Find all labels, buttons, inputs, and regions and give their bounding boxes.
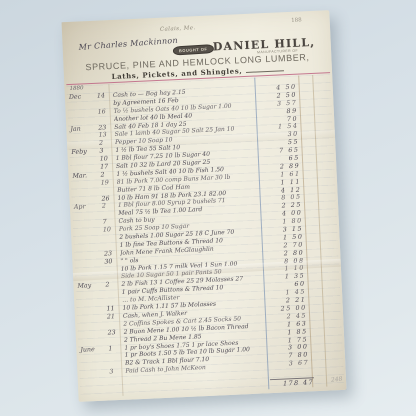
entry-month <box>69 101 97 102</box>
entry-month <box>79 321 107 322</box>
entry-month <box>79 313 107 314</box>
ledger-area: 1880 Dec 14 Cash to — Bog hay 2.15 4 50 … <box>66 74 344 398</box>
entry-month: Feby <box>71 148 99 156</box>
pencil-annotation: 248 <box>330 376 342 384</box>
entry-month: Dec <box>69 93 97 101</box>
dateline: Calais, Me. <box>160 25 196 33</box>
entry-month <box>74 211 102 212</box>
entry-month <box>76 250 104 251</box>
entry-day <box>103 234 117 235</box>
entry-day <box>104 242 118 243</box>
entry-day: 30 <box>104 258 118 266</box>
entry-month <box>72 156 100 157</box>
ledger-rows: Dec 14 Cash to — Bog hay 2.15 4 50 by Ag… <box>67 82 344 378</box>
entry-day: 2 <box>100 171 114 179</box>
entry-month <box>73 195 101 196</box>
entry-month <box>73 187 101 188</box>
entry-month <box>69 109 97 110</box>
entry-day <box>106 289 120 290</box>
entry-month <box>71 132 99 133</box>
ledger-year: 1880 <box>69 85 83 92</box>
entry-month <box>78 298 106 299</box>
entry-day: 16 <box>97 108 111 116</box>
entry-day: 1 <box>108 344 122 352</box>
entry-month <box>70 116 98 117</box>
entry-month <box>75 235 103 236</box>
entry-day: 23 <box>98 124 112 132</box>
entry-month: June <box>80 345 108 353</box>
bought-of-stamp: BOUGHT OF <box>173 44 214 56</box>
entry-amount: 3 67 <box>271 360 309 369</box>
entry-month: Jan <box>70 124 98 132</box>
entry-month <box>81 353 109 354</box>
entry-month: May <box>77 282 105 290</box>
entry-month <box>75 227 103 228</box>
entry-month <box>77 266 105 267</box>
entry-month <box>78 306 106 307</box>
entry-month <box>75 219 103 220</box>
customer-name: Mr Charles Mackinnon <box>78 36 178 52</box>
entry-day: 3 <box>99 147 113 155</box>
entry-day <box>105 266 119 267</box>
photo-backdrop: Calais, Me. 188 Mr Charles Mackinnon BOU… <box>0 0 416 416</box>
entry-day <box>101 187 115 188</box>
entry-day <box>102 210 116 211</box>
invoice-paper: Calais, Me. 188 Mr Charles Mackinnon BOU… <box>62 10 347 402</box>
entry-month <box>81 369 109 370</box>
entry-day <box>109 360 123 361</box>
entry-month: Mar. <box>72 172 100 180</box>
entry-day: 26 <box>101 195 115 203</box>
entry-day <box>105 273 119 274</box>
entry-day: 10 <box>103 226 117 234</box>
entry-month: Apr <box>74 203 102 211</box>
total-row: 178 47 <box>270 377 314 388</box>
entry-day: 23 <box>104 250 118 258</box>
entry-day: 14 <box>97 92 111 100</box>
total-amount: 178 47 <box>270 378 314 388</box>
entry-day <box>106 297 120 298</box>
entry-month <box>72 164 100 165</box>
entry-day: 7 <box>102 218 116 226</box>
entry-day: 21 <box>107 313 121 321</box>
entry-month <box>77 274 105 275</box>
entry-day: 11 <box>106 305 120 313</box>
entry-month <box>80 337 108 338</box>
entry-day: 17 <box>100 163 114 171</box>
blank-line <box>246 70 284 73</box>
entry-day <box>109 352 123 353</box>
entry-month <box>76 258 104 259</box>
year-fragment: 188 <box>291 17 302 23</box>
entry-day: 10 <box>100 155 114 163</box>
entry-day <box>97 100 111 101</box>
entry-month <box>71 140 99 141</box>
entry-day: 3 <box>109 368 123 376</box>
entry-day <box>98 116 112 117</box>
entry-day: 13 <box>99 132 113 140</box>
entry-day: 2 <box>102 202 116 210</box>
entry-day <box>107 321 121 322</box>
entry-month <box>78 290 106 291</box>
entry-day: 2 <box>105 281 119 289</box>
entry-day: 23 <box>107 329 121 337</box>
entry-month <box>80 329 108 330</box>
entry-month <box>76 243 104 244</box>
entry-day <box>108 336 122 337</box>
entry-day: 19 <box>101 179 115 187</box>
entry-day: 2 <box>99 139 113 147</box>
entry-month <box>73 179 101 180</box>
entry-month <box>81 361 109 362</box>
